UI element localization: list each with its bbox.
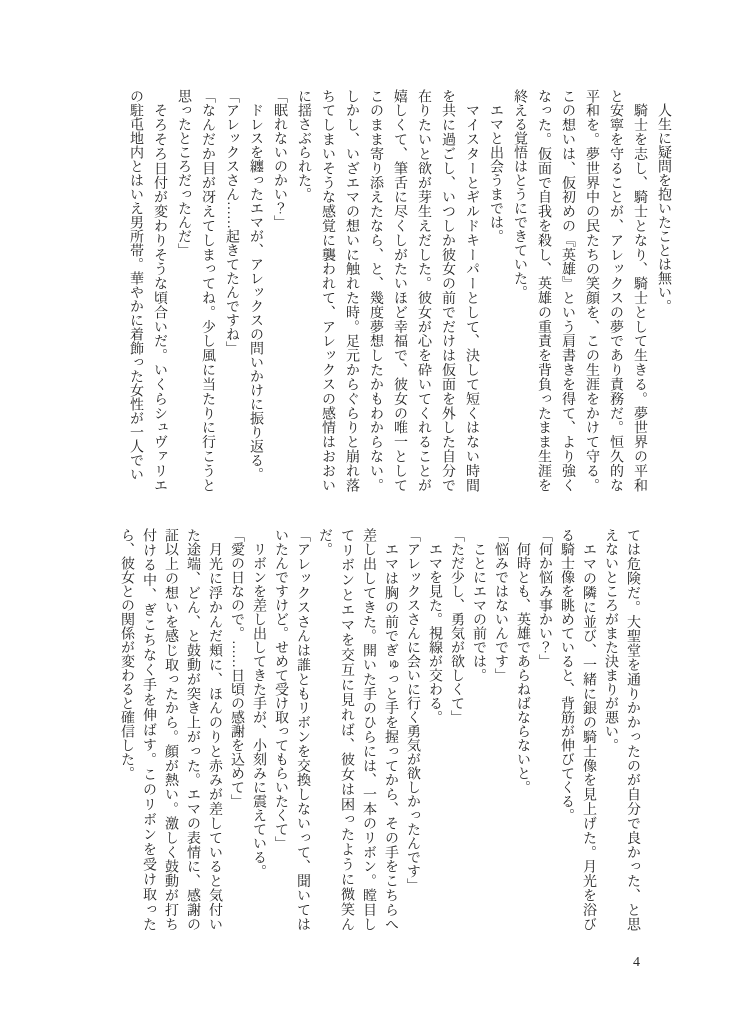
lower-text-block: ては危険だ。大聖堂を通りかかったのが自分で良かった、と思えないところがまた決まり… [115, 528, 643, 931]
paragraph: 「アレックスさんは誰ともリボンを交換しないって、聞いてはいたんですけど。せめて受… [269, 528, 313, 931]
paragraph: 月光に浮かんだ頬に、ほんのりと赤みが差していると気付いた途端、どん、と鼓動が突き… [115, 528, 225, 931]
paragraph: 「何か悩み事かい？」 [533, 528, 555, 931]
paragraph: 「なんだか目が冴えてしまってね。少し風に当たりに行こうと思ったところだったんだ」 [171, 89, 219, 492]
paragraph: 何時とも、英雄であらねばならないと。 [511, 528, 533, 931]
page-number: 4 [633, 955, 640, 971]
novel-page: { "page": { "number": "4", "upper_block"… [0, 0, 730, 1024]
paragraph: 「ただ少し、勇気が欲しくて」 [445, 528, 467, 931]
paragraph: マイスターとギルドキーパーとして、決して短くはない時間を共に過ごし、いつしか彼女… [291, 89, 483, 492]
paragraph: そろそろ日付が変わりそうな頃合いだ。いくらシュヴァリエの駐屯地内とはいえ男所帯。… [123, 89, 171, 492]
paragraph: ことにエマの前では。 [467, 528, 489, 931]
paragraph: エマと出会うまでは。 [483, 89, 507, 492]
paragraph: 「愛の日なので。……日頃の感謝を込めて」 [225, 528, 247, 931]
paragraph: ては危険だ。大聖堂を通りかかったのが自分で良かった、と思えないところがまた決まり… [599, 528, 643, 931]
paragraph: エマは胸の前でぎゅっと手を握ってから、その手をこちらへ差し出してきた。開いた手の… [313, 528, 401, 931]
paragraph: 騎士を志し、騎士となり、騎士として生きる。夢世界の平和と安寧を守ることが、アレッ… [507, 89, 651, 492]
paragraph: 人生に疑問を抱いたことは無い。 [651, 89, 675, 492]
upper-text-block: 人生に疑問を抱いたことは無い。 騎士を志し、騎士となり、騎士として生きる。夢世界… [123, 89, 675, 492]
paragraph: エマの隣に並び、一緒に銀の騎士像を見上げた。月光を浴びる騎士像を眺めていると、背… [555, 528, 599, 931]
paragraph: エマを見た。視線が交わる。 [423, 528, 445, 931]
paragraph: リボンを差し出してきた手が、小刻みに震えている。 [247, 528, 269, 931]
paragraph: ドレスを纏ったエマが、アレックスの問いかけに振り返る。 [243, 89, 267, 492]
paragraph: 「悩みではないんです」 [489, 528, 511, 931]
paragraph: 「眠れないのかい？」 [267, 89, 291, 492]
paragraph: 「アレックスさんに会いに行く勇気が欲しかったんです」 [401, 528, 423, 931]
paragraph: 「アレックスさん……起きてたんですね」 [219, 89, 243, 492]
